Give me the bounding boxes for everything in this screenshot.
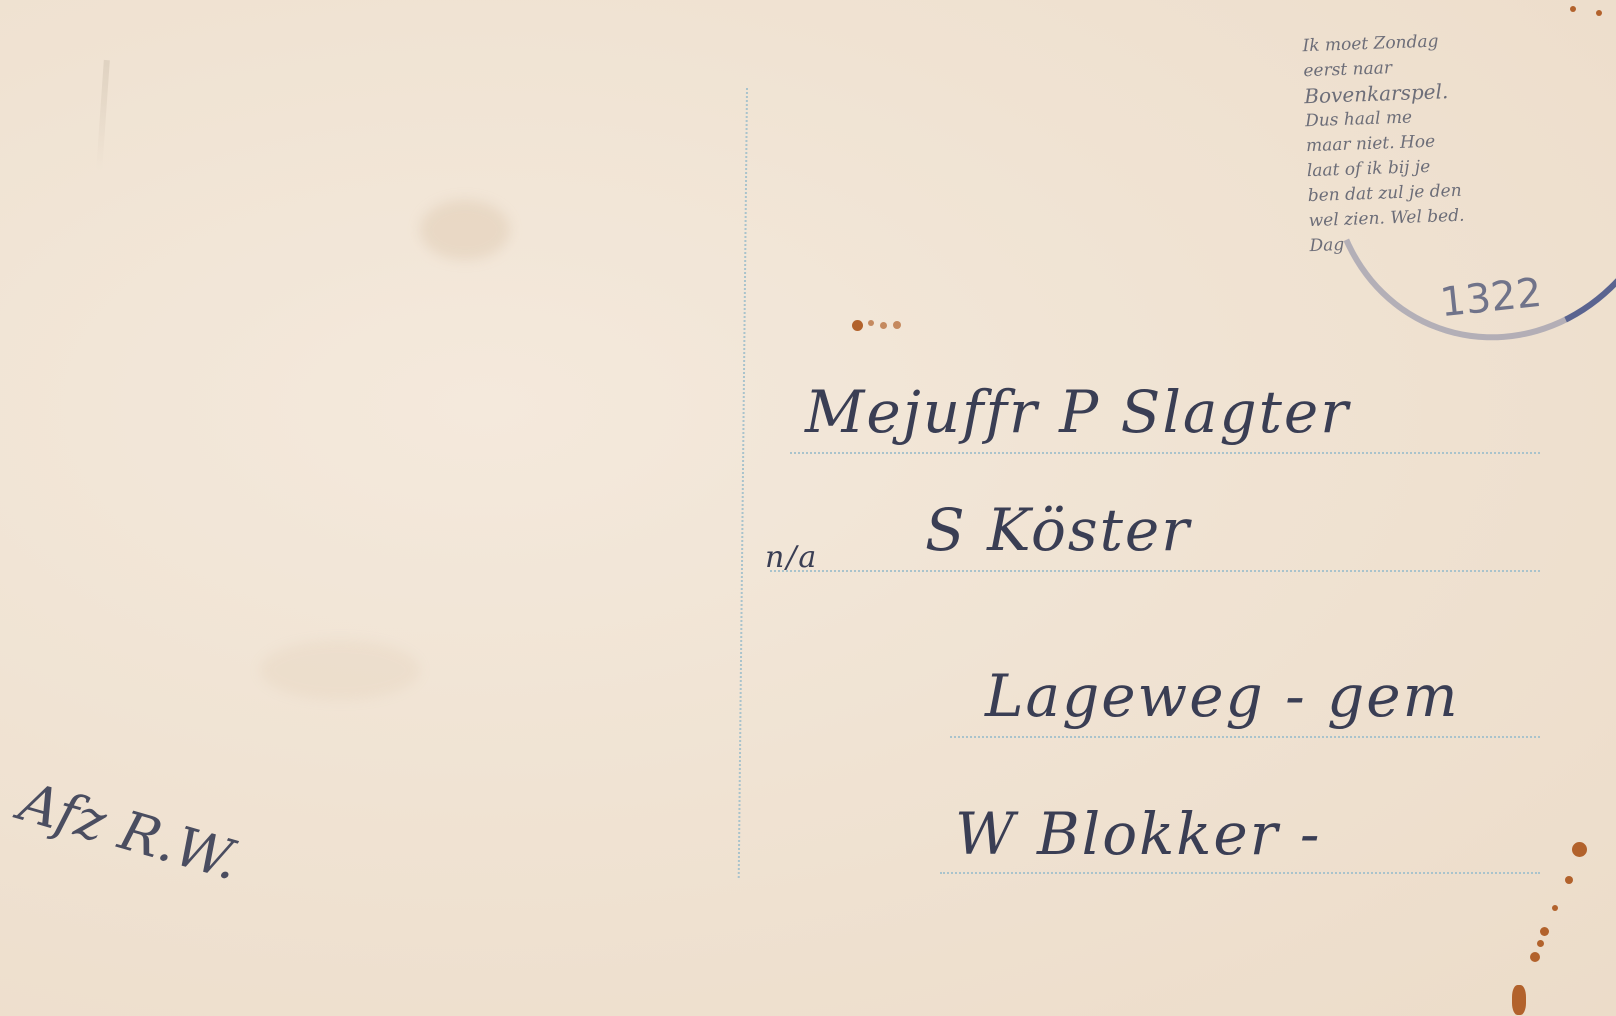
address-rule-3 [950, 736, 1540, 738]
paper-stain [420, 200, 510, 260]
foxing-spot [1570, 6, 1576, 12]
foxing-spot [1596, 10, 1602, 16]
address-rule-4 [940, 872, 1540, 874]
foxing-spot [1512, 985, 1526, 1015]
address-line-4: W Blokker - [955, 800, 1322, 868]
foxing-spot [1530, 952, 1540, 962]
foxing-spot [1572, 842, 1587, 857]
foxing-spot [893, 321, 901, 329]
paper-stain [260, 640, 420, 700]
foxing-spot [1537, 940, 1544, 947]
paper-scuff [96, 60, 110, 170]
center-divider-line [738, 88, 748, 878]
foxing-spot [868, 320, 874, 326]
address-rule-2 [770, 570, 1540, 572]
foxing-spot [1565, 876, 1573, 884]
address-line-1: Mejuffr P Slagter [805, 378, 1350, 446]
address-care-of: n/a [765, 540, 818, 575]
address-rule-1 [790, 452, 1540, 454]
foxing-spot [852, 320, 863, 331]
foxing-spot [1540, 927, 1549, 936]
sender-signature: Afz R.W. [13, 770, 246, 892]
address-line-3: Lageweg - gem [985, 662, 1460, 730]
address-line-2: S Köster [925, 496, 1191, 564]
postcard-back: Mejuffr P Slagter n/a S Köster Lageweg -… [0, 0, 1616, 1016]
foxing-spot [880, 322, 887, 329]
foxing-spot [1552, 905, 1558, 911]
